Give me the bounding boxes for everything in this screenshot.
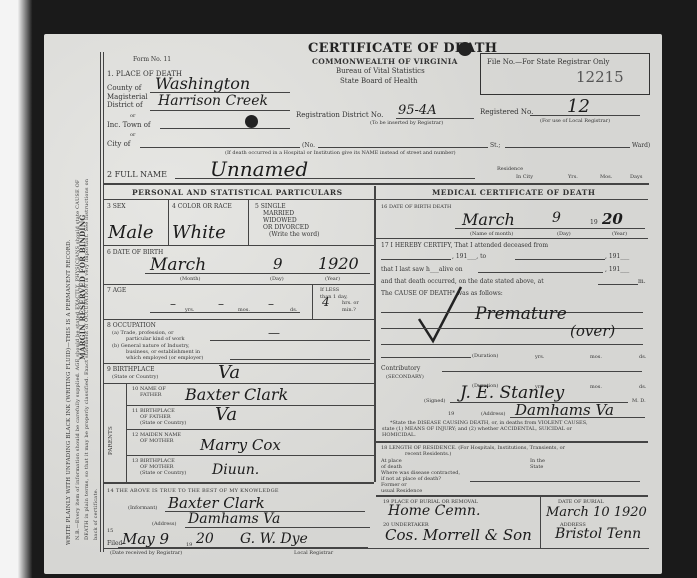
attended-191-to: , 191___ [605, 253, 629, 260]
residence-in-city: In City [516, 174, 533, 180]
medical-heading: MEDICAL CERTIFICATE OF DEATH [432, 188, 595, 197]
marital-status-label: 5 SINGLE MARRIED WIDOWED OR DIVORCED (Wr… [255, 203, 319, 238]
ward-label: Ward) [632, 142, 650, 149]
father-name-label-2: FATHER [132, 392, 166, 398]
registration-district-line [396, 118, 474, 119]
age-divider [312, 285, 313, 319]
age-line [150, 312, 300, 313]
residence-days: Days [630, 174, 642, 180]
duration-mos-1: mos. [590, 354, 602, 360]
margin-instructions-ink: WRITE PLAINLY WITH UNFADING BLACK INK (W… [66, 240, 72, 546]
marital-divorced: OR DIVORCED [255, 224, 319, 231]
duration-line-1 [381, 357, 471, 358]
ward-line [505, 147, 630, 148]
death-date-day: 9 [552, 210, 561, 226]
punch-hole [245, 115, 258, 128]
father-name-value: Baxter Clark [185, 385, 288, 404]
death-date-row-line [376, 238, 648, 239]
undertaker-value: Cos. Morrell & Son [385, 526, 532, 544]
margin-instructions-2: N.B.—Every item of information should be… [75, 179, 81, 540]
signed-value: J. E. Stanley [460, 383, 564, 403]
footnote-line-3: HOMICIDAL. [382, 432, 588, 438]
occupation-a-line [210, 340, 370, 341]
mother-maiden-label-2: OF MOTHER [132, 438, 181, 444]
last-saw-191: , 191___ [605, 266, 629, 273]
contributory-line [442, 371, 642, 372]
registrar-caption: Local Registrar [294, 550, 333, 556]
personal-heading-line [104, 199, 374, 200]
district-line [150, 110, 290, 111]
file-number-box: File No.—For State Registrar Only 12215 [480, 53, 650, 95]
color-value: White [172, 222, 226, 243]
filed-year-value: 20 [196, 531, 214, 547]
cause-footnote: *State the DISEASE CAUSING DEATH, or, in… [390, 420, 588, 438]
parents-label: PARENTS [108, 426, 114, 455]
father-birthplace-value: Va [215, 404, 237, 425]
bureau-label: Bureau of Vital Statistics [336, 67, 425, 75]
registration-district-value: 95-4A [398, 103, 437, 118]
county-value: Washington [155, 74, 250, 93]
city-label: City of [107, 140, 130, 148]
city-line [140, 147, 300, 148]
residence-yrs: Yrs. [568, 174, 578, 180]
death-date-year: 20 [602, 210, 623, 228]
birthplace-row-line [104, 383, 374, 384]
marital-married: MARRIED [255, 210, 319, 217]
age-mos-value: – [218, 297, 224, 311]
occupation-b-line [230, 359, 370, 360]
cause-value-over: (over) [570, 322, 615, 340]
district-value: Harrison Creek [158, 93, 268, 109]
father-name-line [127, 405, 374, 406]
residence-mos: Mos. [600, 174, 612, 180]
physician-address-line [510, 417, 645, 418]
personal-heading: PERSONAL AND STATISTICAL PARTICULARS [132, 188, 343, 197]
burial-place-value: Home Cemn. [388, 503, 480, 519]
registered-no-note: (For use of Local Registrar) [540, 118, 610, 124]
death-year-caption: (Year) [612, 231, 627, 237]
street-label: St.; [490, 142, 500, 149]
registered-no-value: 12 [567, 96, 590, 117]
physician-address-label: (Address) [481, 411, 505, 417]
full-name-divider [104, 183, 649, 185]
birthplace-label: 9 BIRTHPLACE [107, 366, 154, 373]
state-label: State [530, 464, 543, 470]
mother-birthplace-label: 13 BIRTHPLACE OF MOTHER (State or Countr… [132, 458, 186, 476]
file-number-value: 12215 [576, 68, 624, 86]
street-line [318, 147, 488, 148]
contributory-label: Contributory [381, 365, 420, 372]
birthplace-sub-label: (State or Country) [112, 374, 158, 380]
father-birthplace-label: 11 BIRTHPLACE OF FATHER (State or Countr… [132, 408, 186, 426]
father-birthplace-line [127, 429, 374, 430]
last-saw-line [478, 272, 603, 273]
registration-district-note: (To be inserted by Registrar) [370, 120, 443, 126]
death-occurred-m: m. [638, 278, 646, 285]
death-occurred-label: and that death occurred, on the date sta… [381, 278, 544, 285]
burial-date-value: March 10 1920 [546, 505, 647, 520]
form-left-border-inner [103, 52, 104, 552]
mother-birthplace-value: Diuun. [212, 462, 259, 478]
check-mark-icon [415, 285, 465, 345]
attended-191-from: , 191___, to [452, 253, 486, 260]
birthplace-value: Va [218, 362, 240, 383]
attended-from-line [381, 259, 451, 260]
death-date-line [455, 228, 645, 229]
length-of-residence-sub: recent Residents.) [405, 451, 451, 457]
sex-divider [168, 199, 169, 245]
duration-yrs-1: yrs. [535, 354, 544, 360]
form-number: Form No. 11 [133, 56, 171, 63]
death-day-caption: (Day) [557, 231, 571, 237]
cause-value-primary: Premature [475, 304, 567, 324]
column-divider [374, 186, 376, 482]
duration-label-1: (Duration) [472, 353, 498, 359]
occupation-a-value: — [268, 326, 280, 340]
registered-no-label: Registered No. [480, 108, 533, 116]
occupation-a-label: (a) Trade, profession, or particular kin… [112, 330, 185, 342]
death-date-month: March [462, 210, 515, 229]
usual-residence-label: usual Residence [381, 488, 422, 494]
death-date-label: 16 DATE OF BIRTH DEATH [381, 204, 451, 210]
informant-address-label: (Address) [152, 521, 176, 527]
or-label-2: or [130, 132, 135, 138]
full-name-label: 2 FULL NAME [107, 170, 167, 179]
mother-birthplace-line [104, 482, 374, 484]
duration-ds-1: ds. [639, 354, 646, 360]
registration-district-label: Registration District No. [296, 111, 383, 119]
registered-no-line [530, 115, 640, 116]
hospital-note: (If death occurred in a Hospital or Inst… [225, 150, 456, 156]
father-birthplace-label-3: (State or Country) [132, 420, 186, 426]
marital-write-note: (Write the word) [255, 231, 319, 238]
mother-maiden-line [127, 455, 374, 456]
margin-instructions-3: DEATH in plain terms, so that it may be … [84, 179, 90, 540]
mother-birthplace-label-3: (State or Country) [132, 470, 186, 476]
filed-label: Filed [107, 540, 122, 547]
town-line [160, 128, 290, 129]
sex-label: 3 SEX [107, 203, 126, 210]
secondary-label: (SECONDARY) [386, 374, 424, 380]
medical-heading-line [376, 199, 648, 200]
county-label: County of [107, 84, 141, 92]
margin-instructions-4: back of certificate. [93, 488, 99, 540]
informant-value: Baxter Clark [168, 494, 265, 512]
dob-line [145, 273, 370, 274]
if-not-line [470, 481, 640, 482]
informant-label: (Informant) [128, 505, 157, 511]
residence-row-line [376, 495, 648, 497]
informant-address-value: Damhams Va [188, 511, 280, 527]
md-label: M. D. [632, 398, 646, 404]
signed-19-label: 19 [448, 411, 454, 417]
color-divider [248, 199, 249, 245]
color-label: 4 COLOR OR RACE [172, 203, 232, 210]
parents-divider [126, 383, 127, 483]
occupation-b-label: (b) General nature of Industry, business… [112, 343, 203, 361]
file-number-label: File No.—For State Registrar Only [487, 58, 609, 66]
death-date-year-prefix: 19 [590, 219, 598, 226]
form-bottom-line [104, 548, 649, 549]
magisterial-label: Magisterial [107, 93, 148, 101]
age-label: 7 AGE [107, 287, 126, 294]
city-no-label: (No. [302, 142, 315, 149]
dob-row-line [104, 284, 374, 285]
footnote-divider [376, 441, 648, 443]
residence-label: Residence [497, 166, 523, 172]
ink-blot [458, 42, 472, 56]
cause-line-3 [381, 344, 643, 345]
scan-shadow-left [18, 0, 42, 578]
age-ds-value: – [268, 297, 274, 311]
age-yrs-value: – [170, 297, 176, 311]
dob-month: March [150, 255, 206, 275]
registrar-value: G. W. Dye [240, 531, 308, 547]
certify-statement: 17 I HEREBY CERTIFY, That I attended dec… [381, 242, 548, 249]
board-label: State Board of Health [340, 77, 418, 85]
duration-ds-2: ds. [639, 384, 646, 390]
mother-maiden-label: 12 MAIDEN NAME OF MOTHER [132, 432, 181, 444]
or-label-1: or [130, 113, 135, 119]
district-label: District of [107, 101, 143, 109]
age-hrs-value: 4 [322, 295, 330, 309]
sex-row-line [104, 245, 374, 246]
death-occurred-line [598, 284, 638, 285]
father-name-label: 10 NAME OF FATHER [132, 386, 166, 398]
attended-to-line [515, 259, 605, 260]
death-month-caption: (Name of month) [470, 231, 513, 237]
dob-day-caption: (Day) [270, 276, 284, 282]
mother-maiden-value: Marry Cox [200, 436, 281, 454]
filed-caption: (Date received by Registrar) [110, 550, 182, 556]
marital-widowed: WIDOWED [255, 217, 319, 224]
sex-value: Male [108, 222, 154, 243]
dob-year: 1920 [318, 254, 359, 273]
full-name-line [175, 178, 475, 179]
occupation-b-line-3: which employed (or employer) [112, 355, 203, 361]
town-label: Inc. Town of [107, 121, 151, 129]
duration-mos-2: mos. [590, 384, 602, 390]
filed-number: 15 [107, 528, 113, 534]
dob-year-caption: (Year) [325, 276, 340, 282]
last-saw-label: that I last saw h___alive on [381, 266, 463, 273]
form-left-border [100, 52, 101, 552]
burial-divider [540, 496, 541, 548]
occupation-a-line-2: particular kind of work [112, 336, 185, 342]
dob-month-caption: (Month) [180, 276, 200, 282]
undertaker-address-value: Bristol Tenn [555, 526, 641, 542]
age-row-line [104, 319, 374, 320]
filed-date-value: May 9 [122, 530, 169, 548]
signed-label: (Signed) [424, 398, 446, 404]
informant-address-line [185, 527, 370, 528]
commonwealth-label: COMMONWEALTH OF VIRGINIA [312, 57, 458, 66]
dob-day: 9 [273, 255, 283, 273]
occupation-label: 8 OCCUPATION [107, 322, 156, 329]
marital-single: 5 SINGLE [255, 203, 319, 210]
